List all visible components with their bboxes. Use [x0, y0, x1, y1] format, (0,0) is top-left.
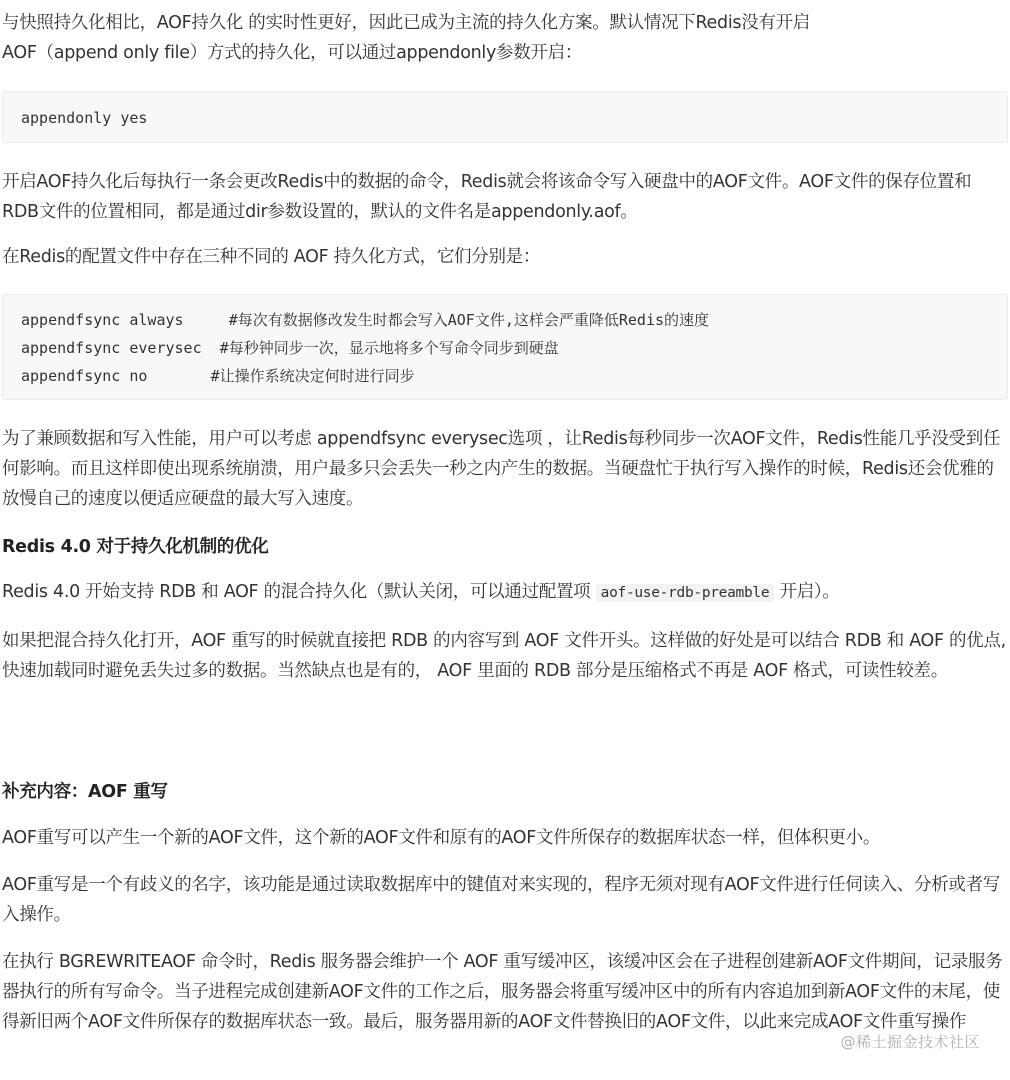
redis4-paragraph: Redis 4.0 开始支持 RDB 和 AOF 的混合持久化（默认关闭，可以通… [2, 577, 1006, 608]
rewrite-paragraph-1: AOF重写可以产生一个新的AOF文件，这个新的AOF文件和原有的AOF文件所保存… [2, 823, 1006, 853]
code-line-no: appendfsync no #让操作系统决定何时进行同步 [21, 362, 989, 390]
code-block-appendfsync: appendfsync always #每次有数据修改发生时都会写入AOF文件,… [2, 294, 1008, 400]
intro-line-1: 与快照持久化相比，AOF持久化 的实时性更好，因此已成为主流的持久化方案。默认情… [2, 13, 810, 33]
mixed-persistence-paragraph: 如果把混合持久化打开，AOF 重写的时候就直接把 RDB 的内容写到 AOF 文… [2, 626, 1006, 686]
aof-file-paragraph: 开启AOF持久化后每执行一条会更改Redis中的数据的命令，Redis就会将该命… [2, 167, 1006, 227]
intro-paragraph: 与快照持久化相比，AOF持久化 的实时性更好，因此已成为主流的持久化方案。默认情… [2, 8, 1006, 68]
watermark: @稀土掘金技术社区 [840, 1031, 980, 1052]
intro-line-2: AOF（append only file）方式的持久化，可以通过appendon… [2, 43, 582, 63]
everysec-paragraph: 为了兼顾数据和写入性能，用户可以考虑 appendfsync everysec选… [2, 424, 1006, 514]
redis4-text-end: 开启）。 [774, 582, 839, 602]
inline-code-aof-use-rdb-preamble: aof-use-rdb-preamble [596, 584, 775, 602]
code-line-everysec: appendfsync everysec #每秒钟同步一次，显示地将多个写命令同… [21, 334, 989, 362]
rewrite-heading: 补充内容：AOF 重写 [2, 777, 168, 807]
redis4-text: Redis 4.0 开始支持 RDB 和 AOF 的混合持久化（默认关闭，可以通… [2, 582, 596, 602]
redis4-heading: Redis 4.0 对于持久化机制的优化 [2, 532, 268, 562]
three-modes-paragraph: 在Redis的配置文件中存在三种不同的 AOF 持久化方式，它们分别是： [2, 242, 1006, 272]
rewrite-paragraph-3: 在执行 BGREWRITEAOF 命令时，Redis 服务器会维护一个 AOF … [2, 947, 1006, 1037]
code-block-appendonly: appendonly yes [2, 91, 1008, 143]
code-line-always: appendfsync always #每次有数据修改发生时都会写入AOF文件,… [21, 306, 989, 334]
code-line: appendonly yes [21, 104, 989, 132]
rewrite-paragraph-2: AOF重写是一个有歧义的名字，该功能是通过读取数据库中的键值对来实现的，程序无须… [2, 870, 1006, 930]
